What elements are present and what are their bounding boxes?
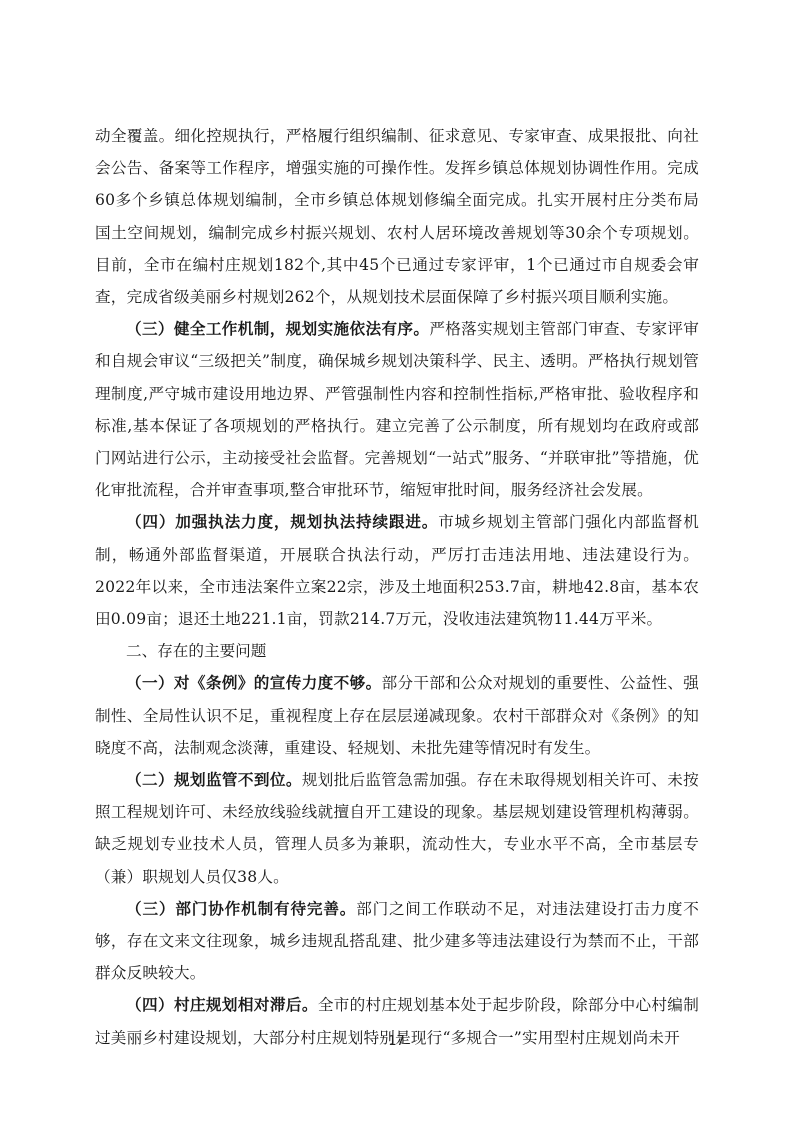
- section-heading: 二、存在的主要问题: [95, 635, 699, 667]
- page-number: 17: [0, 1034, 793, 1049]
- issue-supervision: （二）规划监管不到位。规划批后监管急需加强。存在未取得规划相关许可、未按照工程规…: [95, 764, 699, 893]
- paragraph-enforcement: （四）加强执法力度，规划执法持续跟进。市城乡规划主管部门强化内部监督机制，畅通外…: [95, 506, 699, 635]
- issue-lead: （一）对《条例》的宣传力度不够。: [126, 674, 382, 692]
- paragraph-continuation: 动全覆盖。细化控规执行，严格履行组织编制、征求意见、专家审查、成果报批、向社会公…: [95, 120, 699, 313]
- paragraph-lead: （三）健全工作机制，规划实施依法有序。: [126, 320, 429, 338]
- paragraph-text: 动全覆盖。细化控规执行，严格履行组织编制、征求意见、专家审查、成果报批、向社会公…: [95, 127, 699, 306]
- issue-lead: （三）部门协作机制有待完善。: [126, 900, 356, 918]
- issue-publicity: （一）对《条例》的宣传力度不够。部分干部和公众对规划的重要性、公益性、强制性、全…: [95, 667, 699, 764]
- issue-lead: （二）规划监管不到位。: [126, 771, 302, 789]
- issue-lead: （四）村庄规划相对滞后。: [126, 996, 318, 1014]
- issue-coordination: （三）部门协作机制有待完善。部门之间工作联动不足，对违法建设打击力度不够，存在文…: [95, 893, 699, 990]
- paragraph-text: 严格落实规划主管部门审查、专家评审和自规会审议“三级把关”制度，确保城乡规划决策…: [95, 320, 699, 499]
- paragraph-work-mechanism: （三）健全工作机制，规划实施依法有序。严格落实规划主管部门审查、专家评审和自规会…: [95, 313, 699, 506]
- paragraph-lead: （四）加强执法力度，规划执法持续跟进。: [126, 513, 438, 531]
- document-page: 动全覆盖。细化控规执行，严格履行组织编制、征求意见、专家审查、成果报批、向社会公…: [95, 120, 699, 1054]
